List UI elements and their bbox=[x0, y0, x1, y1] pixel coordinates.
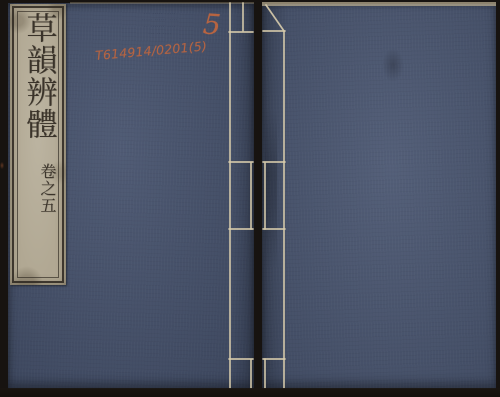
thread-segment bbox=[266, 5, 284, 31]
bottom-edge-shadow bbox=[0, 388, 500, 397]
binding-stitches bbox=[0, 0, 500, 397]
book-scan: 草韻辨體 卷之五 ··· ····· ····· ····· ······ ··… bbox=[0, 0, 500, 397]
